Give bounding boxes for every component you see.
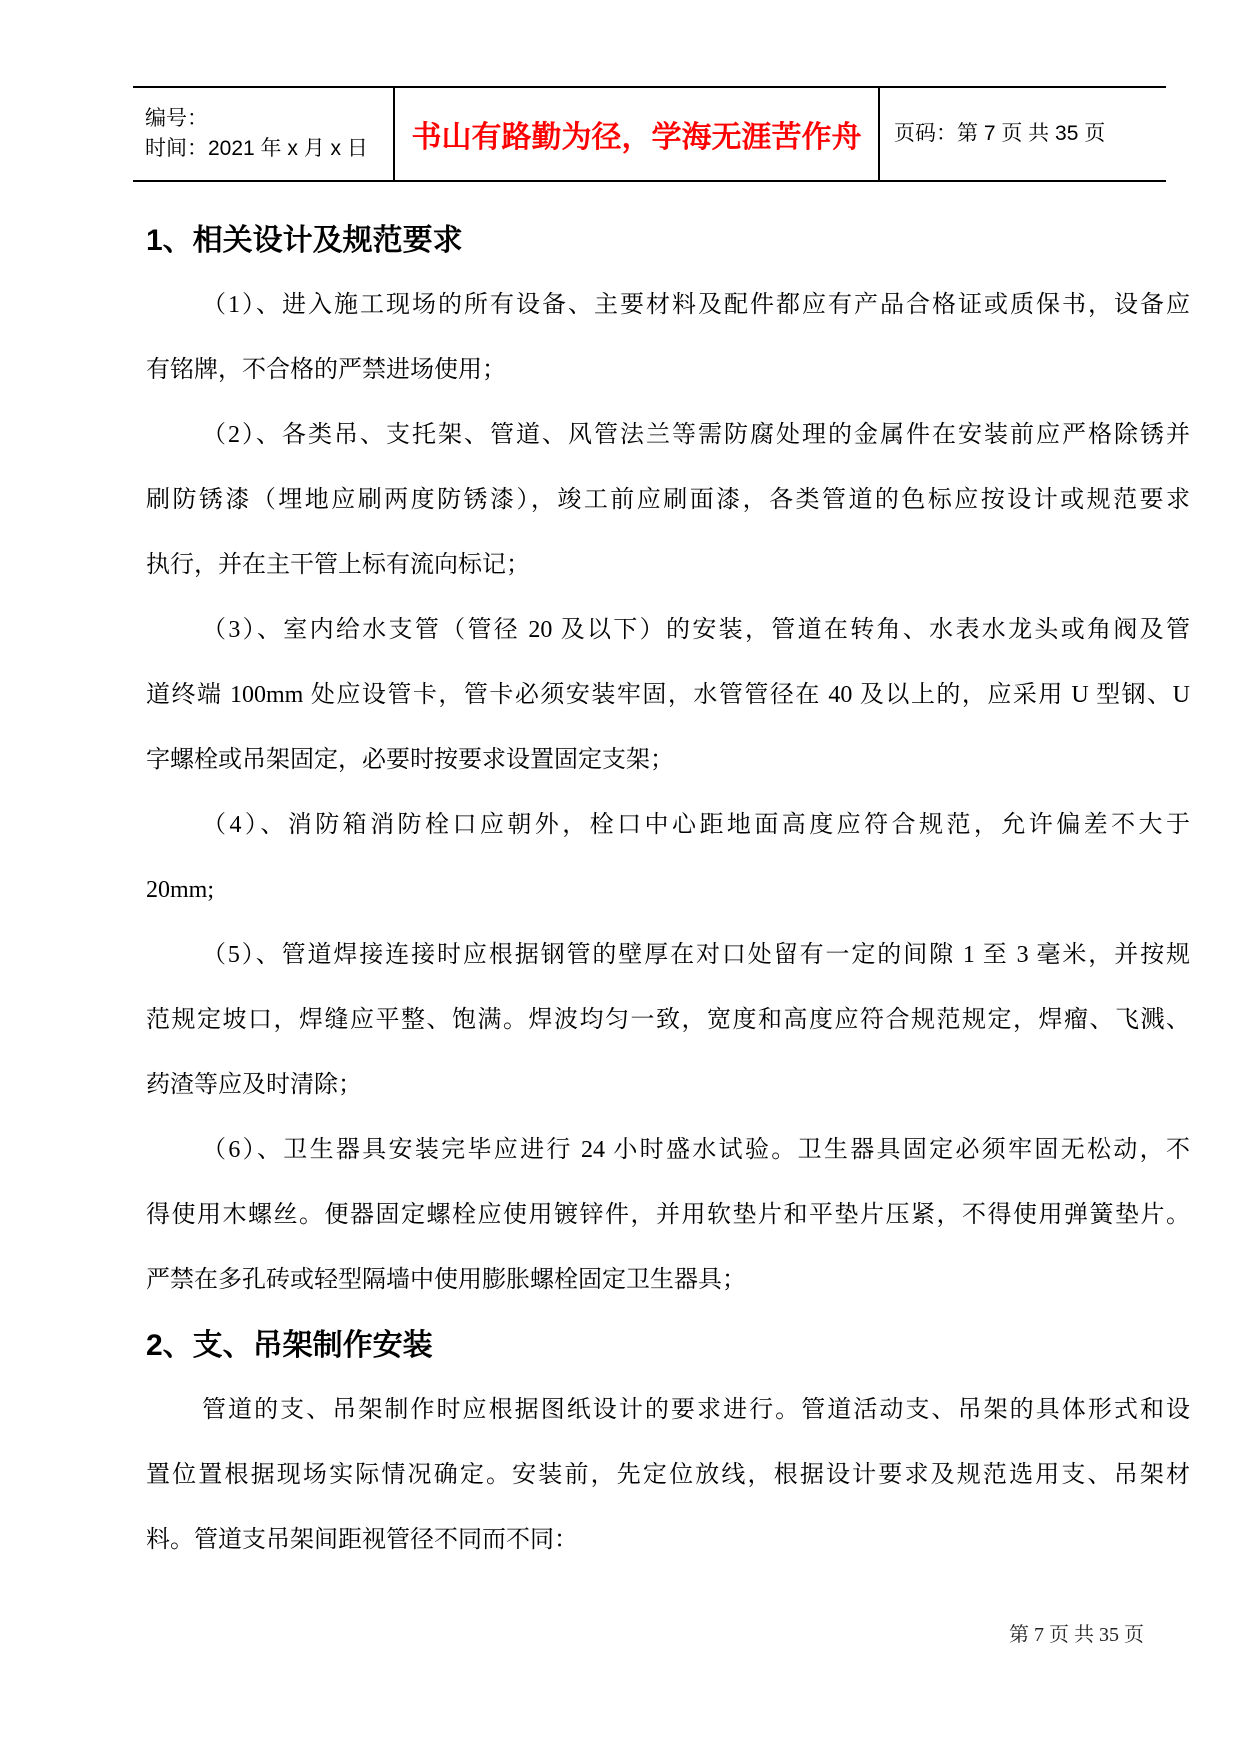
body-line: 执行，并在主干管上标有流向标记； <box>146 533 1190 598</box>
header-page-info: 页码：第 7 页 共 35 页 <box>894 121 1166 147</box>
header-table: 编号： 时间：2021 年 x 月 x 日 书山有路勤为径，学海无涯苦作舟 页码… <box>133 86 1166 182</box>
header-number-label: 编号： <box>145 104 393 134</box>
body-line: （2）、各类吊、支托架、管道、风管法兰等需防腐处理的金属件在安装前应严格除锈并 <box>146 403 1190 468</box>
body-line: （3）、室内给水支管（管径 20 及以下）的安装，管道在转角、水表水龙头或角阀及… <box>146 598 1190 663</box>
document-body: 1、相关设计及规范要求（1）、进入施工现场的所有设备、主要材料及配件都应有产品合… <box>146 208 1190 1573</box>
body-line: 置位置根据现场实际情况确定。安装前，先定位放线，根据设计要求及规范选用支、吊架材 <box>146 1443 1190 1508</box>
body-line: 道终端 100mm 处应设管卡，管卡必须安装牢固，水管管径在 40 及以上的，应… <box>146 663 1190 728</box>
document-page: 编号： 时间：2021 年 x 月 x 日 书山有路勤为径，学海无涯苦作舟 页码… <box>0 0 1241 1754</box>
header-cell-meta: 编号： 时间：2021 年 x 月 x 日 <box>133 88 395 180</box>
body-line: 料。管道支吊架间距视管径不同而不同： <box>146 1508 1190 1573</box>
body-line: 得使用木螺丝。便器固定螺栓应使用镀锌件，并用软垫片和平垫片压紧，不得使用弹簧垫片… <box>146 1183 1190 1248</box>
section-heading: 1、相关设计及规范要求 <box>146 208 1190 273</box>
body-line: 有铭牌，不合格的严禁进场使用； <box>146 338 1190 403</box>
body-line: 管道的支、吊架制作时应根据图纸设计的要求进行。管道活动支、吊架的具体形式和设 <box>146 1378 1190 1443</box>
body-line: 范规定坡口，焊缝应平整、饱满。焊波均匀一致，宽度和高度应符合规范规定，焊瘤、飞溅… <box>146 988 1190 1053</box>
footer-page-number: 第 7 页 共 35 页 <box>1009 1620 1144 1650</box>
body-line: 字螺栓或吊架固定，必要时按要求设置固定支架； <box>146 728 1190 793</box>
body-line: 药渣等应及时清除； <box>146 1053 1190 1118</box>
header-cell-slogan: 书山有路勤为径，学海无涯苦作舟 <box>395 88 880 180</box>
header-time-label: 时间：2021 年 x 月 x 日 <box>145 134 393 164</box>
body-line: （5）、管道焊接连接时应根据钢管的壁厚在对口处留有一定的间隙 1 至 3 毫米，… <box>146 923 1190 988</box>
body-line: 严禁在多孔砖或轻型隔墙中使用膨胀螺栓固定卫生器具； <box>146 1248 1190 1313</box>
body-line: 刷防锈漆（埋地应刷两度防锈漆），竣工前应刷面漆，各类管道的色标应按设计或规范要求 <box>146 468 1190 533</box>
body-line: （6）、卫生器具安装完毕应进行 24 小时盛水试验。卫生器具固定必须牢固无松动，… <box>146 1118 1190 1183</box>
body-line: （1）、进入施工现场的所有设备、主要材料及配件都应有产品合格证或质保书，设备应 <box>146 273 1190 338</box>
body-line: 20mm; <box>146 858 1190 923</box>
header-cell-page-info: 页码：第 7 页 共 35 页 <box>880 88 1166 180</box>
body-line: （4）、消防箱消防栓口应朝外，栓口中心距地面高度应符合规范，允许偏差不大于 <box>146 793 1190 858</box>
section-heading: 2、支、吊架制作安装 <box>146 1313 1190 1378</box>
header-slogan: 书山有路勤为径，学海无涯苦作舟 <box>412 112 862 156</box>
